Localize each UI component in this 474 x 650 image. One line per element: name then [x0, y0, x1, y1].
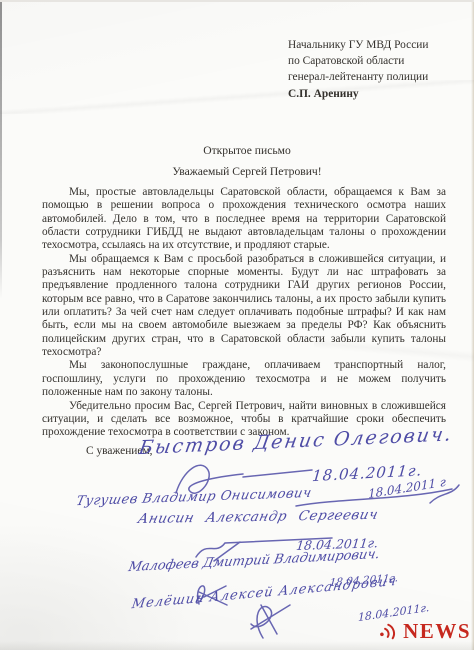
scan-edge-top — [0, 0, 474, 2]
recipient-block: Начальнику ГУ МВД России по Саратовской … — [288, 37, 428, 102]
paragraph: Мы обращаемся к Вам с просьбой разобрать… — [42, 253, 446, 360]
letter-title: Открытое письмо — [42, 144, 452, 157]
signature-name: Анисин Александр Сергеевич — [136, 507, 380, 527]
scan-edge-left — [0, 0, 2, 299]
scanned-letter-page: Начальнику ГУ МВД России по Саратовской … — [0, 0, 474, 650]
letter-body: Мы, простые автовладельцы Саратовской об… — [42, 186, 446, 440]
recipient-line: Начальнику ГУ МВД России — [288, 37, 428, 53]
paragraph: Мы, простые автовладельцы Саратовской об… — [42, 186, 446, 253]
paragraph: Мы законопослушные граждане, оплачиваем … — [42, 359, 446, 399]
salutation: Уважаемый Сергей Петрович! — [42, 165, 452, 178]
recipient-name: С.П. Аренину — [288, 86, 428, 102]
sound-waves-icon — [376, 620, 400, 644]
recipient-line: генерал-лейтенанту полиции — [288, 69, 428, 85]
news-watermark: NEWS — [378, 619, 471, 644]
news-watermark-label: NEWS — [403, 619, 471, 644]
recipient-line: по Саратовской области — [288, 53, 428, 69]
